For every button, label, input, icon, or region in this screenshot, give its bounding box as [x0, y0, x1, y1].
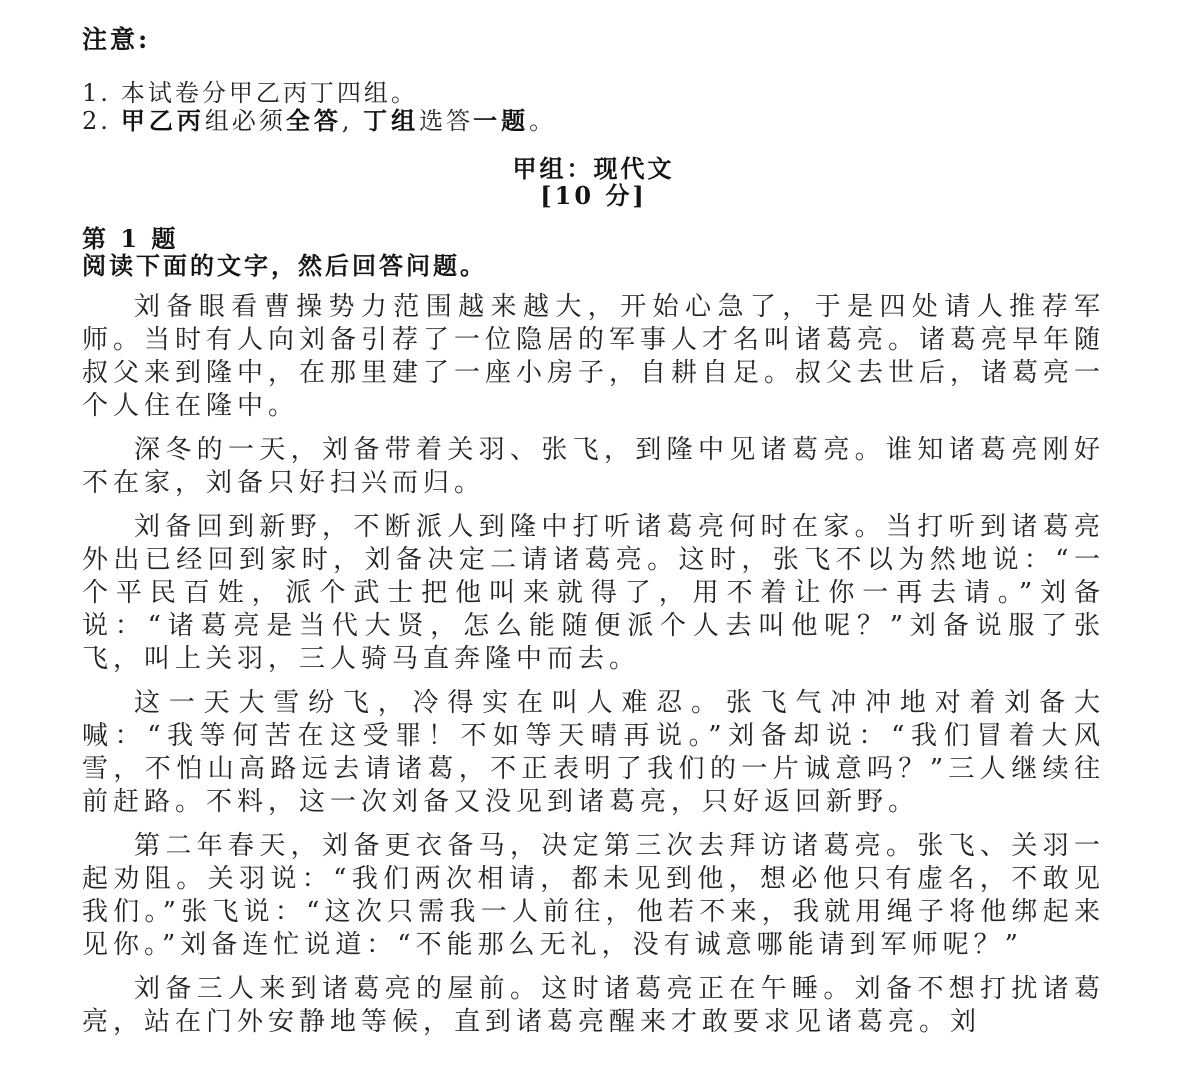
passage-paragraph-3: 刘备回到新野，不断派人到隆中打听诸葛亮何时在家。当打听到诸葛亮外出已经回到家时，…	[82, 511, 1105, 676]
passage-paragraph-5: 第二年春天，刘备更衣备马，决定第三次去拜访诸葛亮。张飞、关羽一起劝阻。关羽说：“…	[82, 830, 1105, 962]
notice-item-1-number: 1.	[82, 79, 111, 107]
notice-section: 注意: 1.本试卷分甲乙丙丁四组。 2.甲乙丙组必须全答, 丁组选答一题。	[82, 20, 1105, 135]
section-marks: [10 分]	[82, 182, 1105, 209]
notice-heading: 注意:	[82, 20, 1105, 56]
question-number: 第 1 题	[82, 225, 1105, 252]
exam-page: 注意: 1.本试卷分甲乙丙丁四组。 2.甲乙丙组必须全答, 丁组选答一题。 甲组…	[0, 0, 1181, 1066]
notice-item-2-seg-bold: 甲乙丙	[121, 106, 205, 135]
section-title: 甲组：现代文	[82, 155, 1105, 182]
notice-item-2-number: 2.	[82, 107, 111, 135]
notice-item-2-seg-bold: 全答	[286, 106, 342, 135]
notice-item-2-seg: 。	[529, 107, 556, 135]
notice-item-2: 2.甲乙丙组必须全答, 丁组选答一题。	[82, 107, 1105, 135]
question-instruction: 阅读下面的文字，然后回答问题。	[82, 252, 1105, 279]
question-header: 第 1 题 阅读下面的文字，然后回答问题。	[82, 225, 1105, 279]
notice-item-2-seg: 选答	[419, 107, 473, 135]
reading-passage: 刘备眼看曹操势力范围越来越大，开始心急了，于是四处请人推荐军师。当时有人向刘备引…	[82, 291, 1105, 1039]
notice-item-1-text: 本试卷分甲乙丙丁四组。	[121, 79, 418, 107]
passage-paragraph-2: 深冬的一天，刘备带着关羽、张飞，到隆中见诸葛亮。谁知诸葛亮刚好不在家，刘备只好扫…	[82, 434, 1105, 500]
notice-item-1: 1.本试卷分甲乙丙丁四组。	[82, 80, 1105, 107]
notice-item-2-seg-bold: 丁组	[363, 106, 419, 135]
notice-list: 1.本试卷分甲乙丙丁四组。 2.甲乙丙组必须全答, 丁组选答一题。	[82, 80, 1105, 135]
notice-item-2-seg: 组必须	[205, 107, 286, 135]
passage-paragraph-4: 这一天大雪纷飞，冷得实在叫人难忍。张飞气冲冲地对着刘备大喊：“我等何苦在这受罪！…	[82, 687, 1105, 819]
notice-item-2-seg-bold: 一题	[473, 106, 529, 135]
passage-paragraph-6: 刘备三人来到诸葛亮的屋前。这时诸葛亮正在午睡。刘备不想打扰诸葛亮，站在门外安静地…	[82, 973, 1105, 1039]
passage-paragraph-1: 刘备眼看曹操势力范围越来越大，开始心急了，于是四处请人推荐军师。当时有人向刘备引…	[82, 291, 1105, 423]
notice-item-2-seg: ,	[342, 107, 363, 135]
section-header: 甲组：现代文 [10 分]	[82, 155, 1105, 209]
